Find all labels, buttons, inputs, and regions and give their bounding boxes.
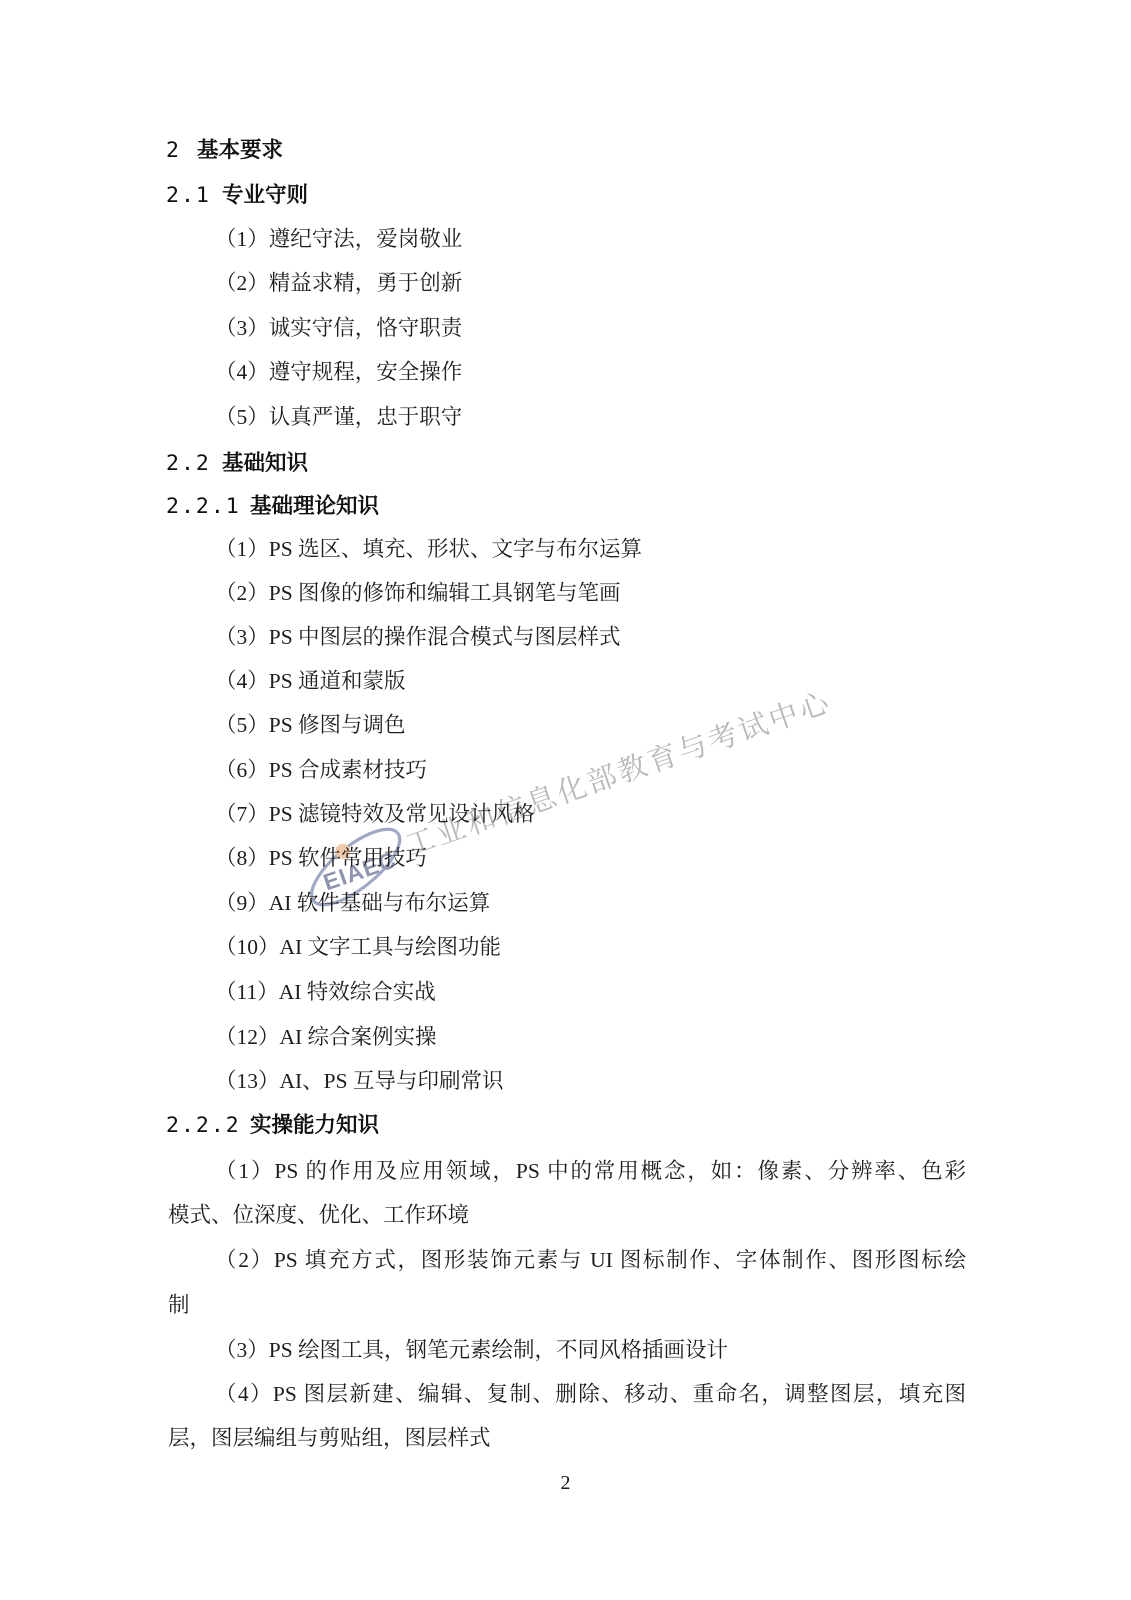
- list-item-continuation: 层，图层编组与剪贴组，图层样式: [168, 1423, 966, 1453]
- list-item: （6）PS 合成素材技巧: [168, 755, 966, 785]
- heading-number: 2.1: [166, 181, 222, 211]
- list-item: （5）PS 修图与调色: [168, 710, 966, 740]
- list-item: （12）AI 综合案例实操: [168, 1022, 966, 1052]
- list-item: （1）PS 选区、填充、形状、文字与布尔运算: [168, 534, 966, 564]
- list-item: （8）PS 软件常用技巧: [168, 843, 966, 873]
- heading-text: 实操能力知识: [250, 1113, 379, 1137]
- page-number: 2: [0, 1472, 1131, 1495]
- list-item: （7）PS 滤镜特效及常见设计风格: [168, 799, 966, 829]
- list-item: （4）遵守规程，安全操作: [168, 357, 966, 387]
- heading-basic-requirements: 2基本要求: [166, 135, 966, 166]
- list-item: （13）AI、PS 互导与印刷常识: [168, 1066, 966, 1096]
- list-item: （3）PS 中图层的操作混合模式与图层样式: [168, 622, 966, 652]
- heading-number: 2.2: [166, 449, 222, 479]
- heading-number: 2: [166, 136, 197, 166]
- list-item-continuation: 模式、位深度、优化、工作环境: [168, 1200, 966, 1230]
- heading-text: 基本要求: [197, 138, 283, 162]
- list-item: （1）PS 的作用及应用领域，PS 中的常用概念，如：像素、分辨率、色彩: [168, 1156, 966, 1186]
- watermark: EIAEC 工业和信息化部教育与考试中心: [291, 665, 843, 919]
- heading-text: 基础知识: [222, 451, 308, 475]
- list-item: （5）认真严谨，忠于职守: [168, 402, 966, 432]
- heading-basic-knowledge: 2.2基础知识: [166, 448, 966, 479]
- list-item: （3）PS 绘图工具，钢笔元素绘制，不同风格插画设计: [168, 1335, 966, 1365]
- list-item: （4）PS 通道和蒙版: [168, 666, 966, 696]
- heading-basic-theory-knowledge: 2.2.1基础理论知识: [166, 491, 966, 522]
- heading-text: 专业守则: [222, 183, 308, 207]
- document-page: EIAEC 工业和信息化部教育与考试中心 2基本要求 2.1专业守则 （1）遵纪…: [0, 0, 1131, 1600]
- list-item: （2）PS 图像的修饰和编辑工具钢笔与笔画: [168, 578, 966, 608]
- list-item: （4）PS 图层新建、编辑、复制、删除、移动、重命名，调整图层，填充图: [168, 1379, 966, 1409]
- list-item: （11）AI 特效综合实战: [168, 977, 966, 1007]
- heading-number: 2.2.2: [166, 1111, 250, 1141]
- heading-number: 2.2.1: [166, 492, 250, 522]
- list-item: （2）精益求精，勇于创新: [168, 268, 966, 298]
- heading-text: 基础理论知识: [250, 494, 379, 518]
- heading-practical-ability-knowledge: 2.2.2实操能力知识: [166, 1110, 966, 1141]
- list-item: （3）诚实守信，恪守职责: [168, 313, 966, 343]
- list-item: （10）AI 文字工具与绘图功能: [168, 932, 966, 962]
- list-item: （9）AI 软件基础与布尔运算: [168, 888, 966, 918]
- list-item: （2）PS 填充方式，图形装饰元素与 UI 图标制作、字体制作、图形图标绘: [168, 1245, 966, 1275]
- list-item-continuation: 制: [168, 1290, 966, 1320]
- list-item: （1）遵纪守法，爱岗敬业: [168, 224, 966, 254]
- heading-professional-rules: 2.1专业守则: [166, 180, 966, 211]
